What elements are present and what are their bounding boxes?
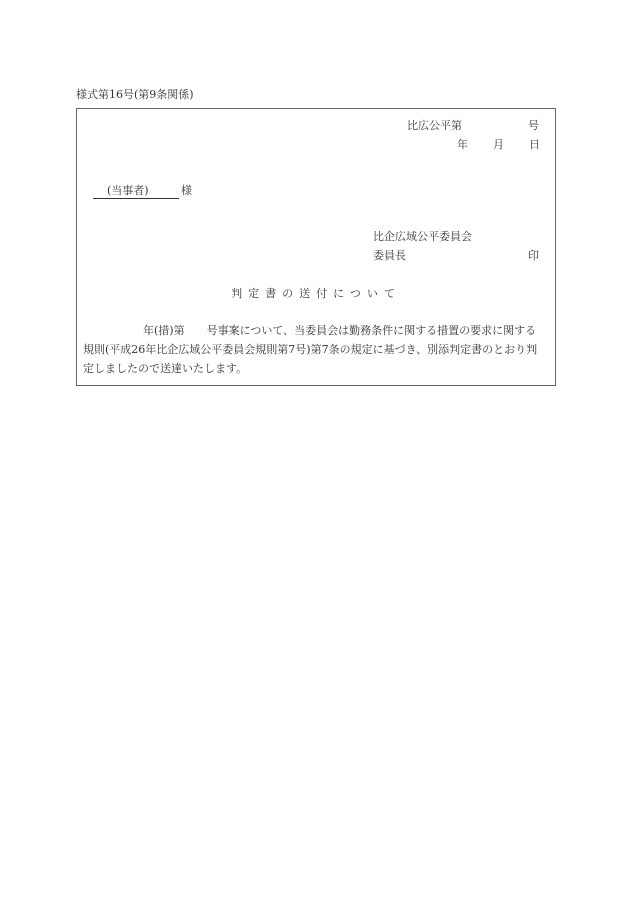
body-year-measure: 年(措)第 [143, 324, 185, 337]
date-month-label: 月 [493, 136, 504, 152]
document-title: 判定書の送付について [77, 285, 555, 301]
addressee-honorific: 様 [181, 184, 192, 197]
date-day-label: 日 [529, 136, 540, 152]
sender-organization: 比企広域公平委員会 [373, 228, 472, 244]
seal-mark: 印 [528, 247, 539, 263]
doc-number-suffix: 号 [528, 117, 539, 133]
document-frame: 比広公平第 号 年 月 日 (当事者)様 比企広域公平委員会 委員長 印 判定書… [76, 108, 556, 386]
addressee: (当事者)様 [93, 182, 192, 199]
doc-number-prefix: 比広公平第 [407, 117, 462, 133]
body-paragraph: 年(措)第号事案について、当委員会は勤務条件に関する措置の要求に関する規則(平成… [83, 321, 547, 378]
form-label: 様式第16号(第9条関係) [76, 86, 194, 102]
addressee-party-field: (当事者) [93, 182, 179, 199]
date-year-label: 年 [457, 136, 468, 152]
sender-title: 委員長 [373, 247, 406, 263]
